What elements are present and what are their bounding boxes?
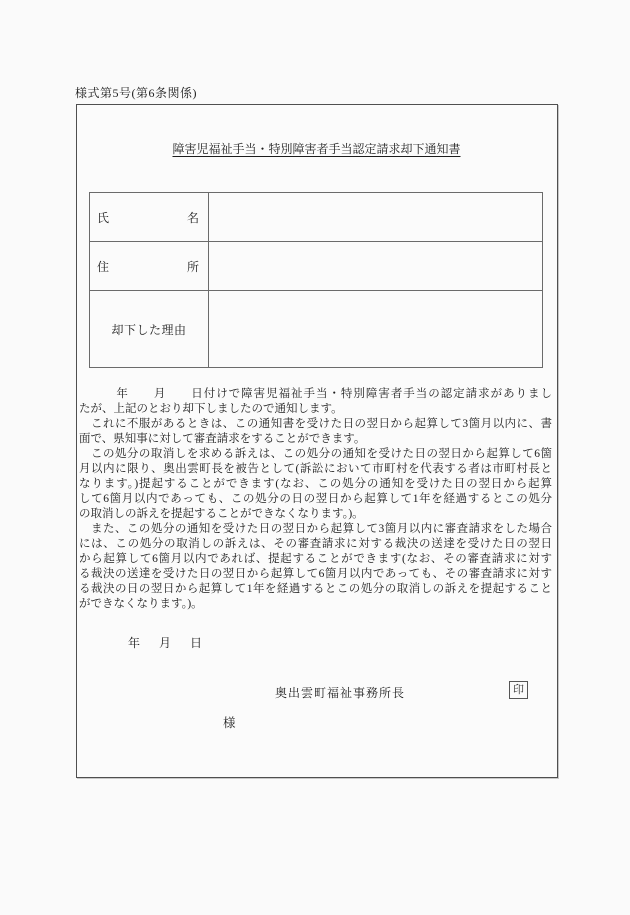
body-text-line: 面で、県知事に対して審査請求をすることができます。 <box>79 432 552 447</box>
body-text-line: には、この処分の取消しの訴えは、その審査請求に対する裁決の送達を受けた日の翌日 <box>79 537 552 552</box>
name-label-cell: 氏 名 <box>90 193 209 242</box>
rejection-reason-label-cell: 却下した理由 <box>90 291 209 368</box>
body-text-line: る裁決の日の翌日から起算して1年を経過するとこの処分の取消しの訴えを提起すること <box>79 582 552 597</box>
body-text-line: から起算して6箇月以内であれば、提起することができます(なお、その審査請求に対す <box>79 552 552 567</box>
body-text-line: の取消しの訴えを提起することができなくなります。)。 <box>79 507 552 522</box>
body-text-line: また、この処分の通知を受けた日の翌日から起算して3箇月以内に審査請求をした場合 <box>79 522 552 537</box>
document-title-text: 障害児福祉手当・特別障害者手当認定請求却下通知書 <box>172 142 460 156</box>
notice-body-text: 年 月 日付けで障害児福祉手当・特別障害者手当の認定請求がありまし たが、上記の… <box>79 387 552 612</box>
body-text-line: 月以内に限り、奥出雲町長を被告として(訴訟において市町村を代表する者は市町村長と <box>79 462 552 477</box>
address-label-left: 住 <box>97 258 109 275</box>
body-text-line: この処分の取消しを求める訴えは、この処分の通知を受けた日の翌日から起算して6箇 <box>79 447 552 462</box>
table-row-rejection-reason: 却下した理由 <box>90 291 543 368</box>
sender-title: 奥出雲町福祉事務所長 <box>275 684 405 701</box>
form-number-label: 様式第5号(第6条関係) <box>75 84 197 101</box>
body-text-line: 年 月 日付けで障害児福祉手当・特別障害者手当の認定請求がありまし <box>79 387 552 402</box>
table-row-name: 氏 名 <box>90 193 543 242</box>
body-text-line: これに不服があるときは、この通知書を受けた日の翌日から起算して3箇月以内に、書 <box>79 417 552 432</box>
address-label-cell: 住 所 <box>90 242 209 291</box>
name-value-cell <box>209 193 543 242</box>
name-label-right: 名 <box>187 209 199 226</box>
official-seal-mark: 印 <box>509 681 528 699</box>
rejection-reason-value-cell <box>209 291 543 368</box>
rejection-reason-label: 却下した理由 <box>111 323 186 337</box>
body-text-line: なります。)提起することができます(なお、この処分の通知を受けた日の翌日から起算 <box>79 477 552 492</box>
name-label-left: 氏 <box>97 209 109 226</box>
body-text-line: たが、上記のとおり却下しましたので通知します。 <box>79 402 552 417</box>
addressee-suffix: 様 <box>223 713 236 731</box>
document-page: 様式第5号(第6条関係) 障害児福祉手当・特別障害者手当認定請求却下通知書 氏 … <box>0 0 630 915</box>
body-text-line: ができなくなります。)。 <box>79 597 552 612</box>
applicant-info-table: 氏 名 住 所 却下した理由 <box>89 192 543 368</box>
address-label-right: 所 <box>187 258 199 275</box>
issue-date-line: 年 月 日 <box>128 634 206 651</box>
address-value-cell <box>209 242 543 291</box>
document-title: 障害児福祉手当・特別障害者手当認定請求却下通知書 <box>76 140 557 157</box>
body-text-line: る裁決の送達を受けた日の翌日から起算して6箇月以内であっても、その審査請求に対す <box>79 567 552 582</box>
body-text-line: して6箇月以内であっても、この処分の日の翌日から起算して1年を経過するとこの処分 <box>79 492 552 507</box>
table-row-address: 住 所 <box>90 242 543 291</box>
